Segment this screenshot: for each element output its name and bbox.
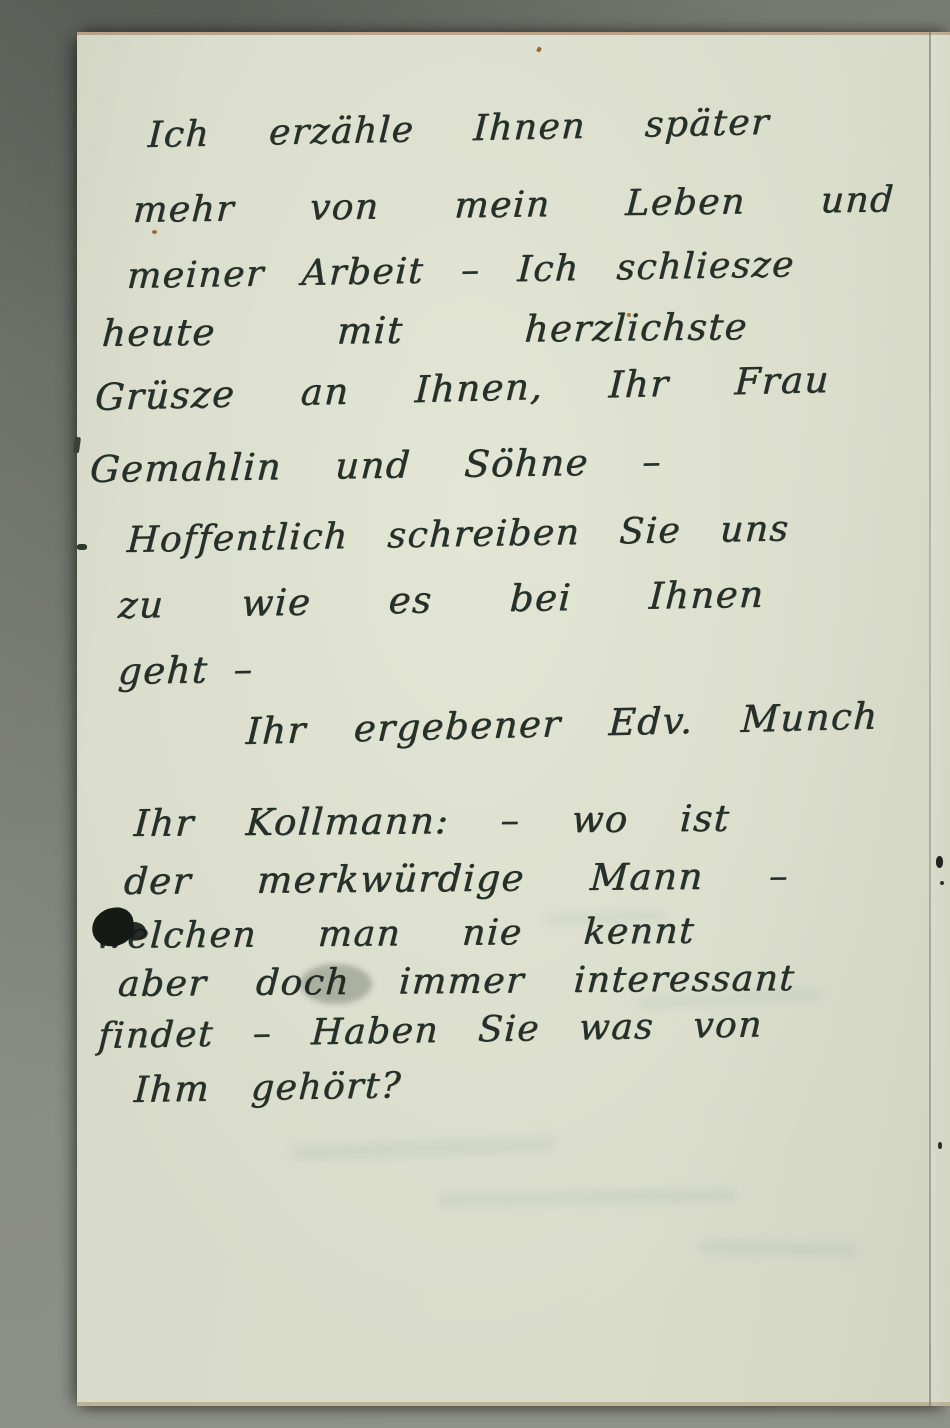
bleed-through-mark <box>292 1135 557 1161</box>
page-fold-highlight <box>931 32 950 1406</box>
handwriting-line-16: Ihm gehört? <box>133 1065 403 1111</box>
handwriting-line-6: Gemahlin und Söhne – <box>89 440 664 491</box>
rust-speck <box>152 230 157 234</box>
handwriting-line-4: heute mit herzlichste <box>101 305 750 355</box>
rust-speck <box>627 313 631 317</box>
ink-blot-tail <box>124 922 146 939</box>
bleed-through-mark <box>437 1187 737 1207</box>
edge-ink-dash <box>77 544 87 550</box>
handwriting-line-14: aber doch immer interessant <box>117 958 797 1005</box>
paper-top-edge <box>77 32 950 35</box>
fold-ink-dot <box>940 881 944 885</box>
handwriting-line-13: welchen man nie kennt <box>94 911 697 957</box>
handwriting-line-11: Ihr Kollmann: – wo ist <box>133 797 732 845</box>
bleed-through-mark <box>697 1241 857 1257</box>
handwriting-line-9: geht – <box>117 648 255 693</box>
handwriting-line-12: der merkwürdige Mann – <box>123 854 791 903</box>
fold-ink-dot <box>938 1142 942 1149</box>
photo-background: Ich erzähle Ihnen später mehr von mein L… <box>0 0 950 1428</box>
paper-bottom-edge <box>77 1402 950 1406</box>
fold-ink-dot <box>936 856 943 868</box>
ink-smudge <box>300 964 372 1004</box>
